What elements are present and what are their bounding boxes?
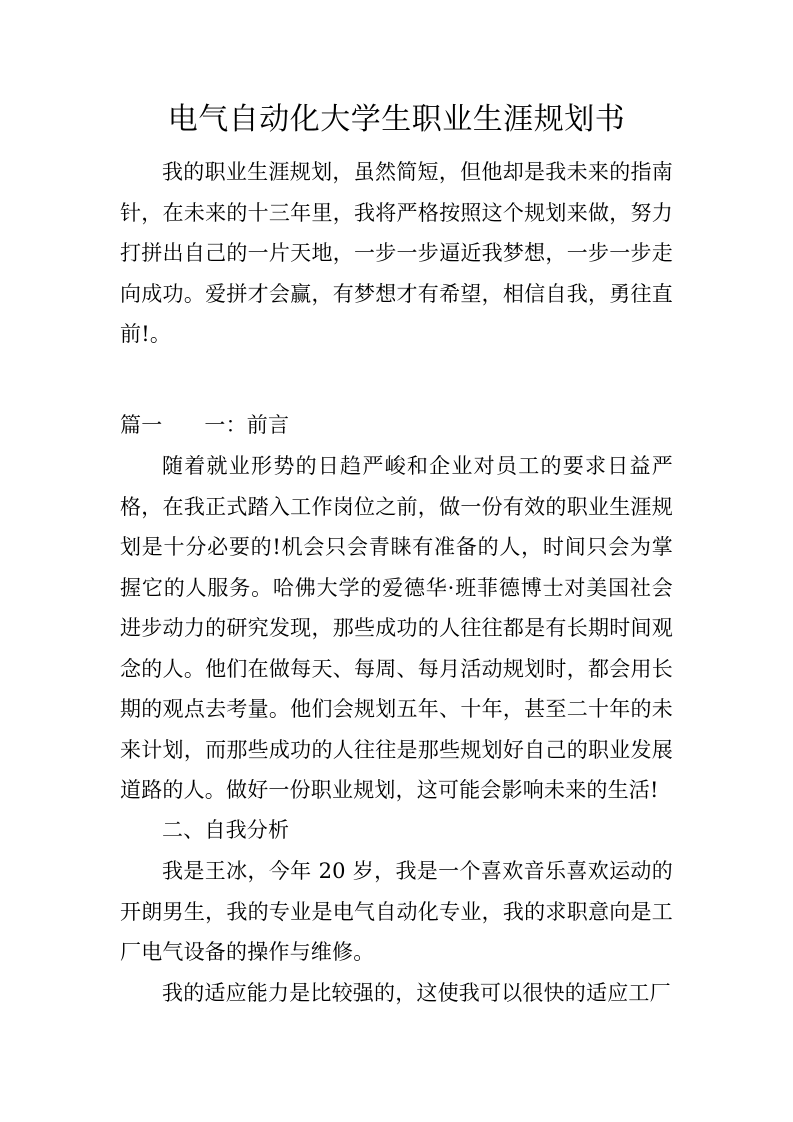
section-one-label: 篇一 <box>120 413 162 437</box>
preface-paragraph: 随着就业形势的日趋严峻和企业对员工的要求日益严格，在我正式踏入工作岗位之前，做一… <box>120 446 673 811</box>
self-analysis-heading: 二、自我分析 <box>120 810 673 851</box>
section-one-heading: 一：前言 <box>204 413 289 437</box>
self-intro-paragraph: 我是王冰，今年 20 岁，我是一个喜欢音乐喜欢运动的开朗男生，我的专业是电气自动… <box>120 851 673 973</box>
intro-paragraph: 我的职业生涯规划，虽然简短，但他却是我未来的指南针，在未来的十三年里，我将严格按… <box>120 152 673 355</box>
adaptability-paragraph: 我的适应能力是比较强的，这使我可以很快的适应工厂 <box>120 973 673 1014</box>
section-one-heading-line: 篇一一：前言 <box>120 405 673 446</box>
document-title: 电气自动化大学生职业生涯规划书 <box>120 98 673 142</box>
